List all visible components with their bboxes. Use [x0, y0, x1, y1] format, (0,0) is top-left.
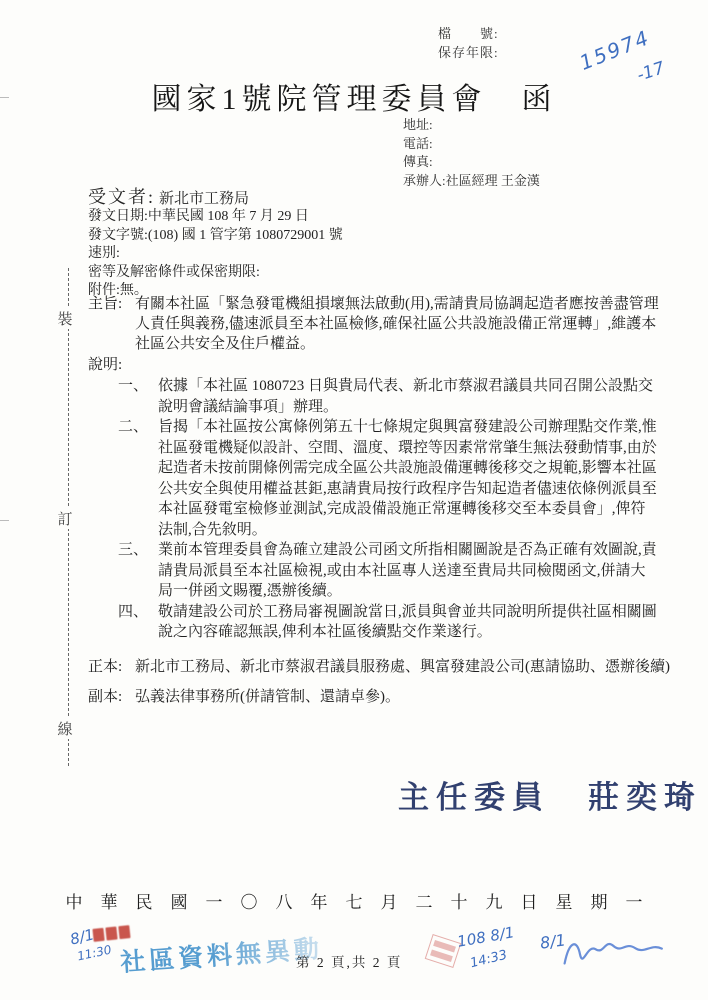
item-text: 業前本管理委員會為確立建設公司函文所指相關圖說是否為正確有效圖說,責請貴局派員至… [158, 540, 660, 602]
recipient-value: 新北市工務局 [159, 191, 249, 207]
explanation-item-1: 一、 依據「本社區 1080723 日與貴局代表、新北市蔡淑君議員共同召開公設點… [88, 376, 660, 417]
item-number: 二、 [118, 417, 158, 540]
contact-person-line: 承辦人:社區經理 王金漢 [403, 172, 540, 191]
explanation-item-2: 二、 旨揭「本社區按公寓條例第五十七條規定與興富發建設公司辦理點交作業,惟社區發… [88, 417, 660, 540]
fold-mark [0, 520, 9, 521]
handwritten-time-center: 14:33 [469, 948, 509, 972]
cc-copy-row: 副本: 弘義法律事務所(併請管制、還請卓參)。 [88, 687, 673, 708]
doc-number-line: 發文字號:(108) 國 1 管字第 1080729001 號 [88, 227, 343, 246]
handwritten-date-center: 108 8/1 [456, 923, 516, 951]
subject-text: 有關本社區「緊急發電機組損壞無法啟動(用),需請貴局協調起造者應按善盡管理人責任… [135, 294, 660, 354]
original-copy-label: 正本: [88, 657, 135, 678]
sender-info-block: 地址: 電話: 傳真: 承辦人:社區經理 王金漢 [403, 116, 540, 190]
explanation-label: 說明: [88, 355, 660, 376]
recipient-line: 受文者: 新北市工務局 [88, 183, 249, 209]
recipient-label: 受文者: [88, 187, 155, 207]
cc-copy-label: 副本: [88, 687, 135, 708]
binding-mark-ding: 訂 [50, 508, 80, 529]
item-text: 敬請建設公司於工務局審視圖說當日,派員與會並共同說明所提供社區相關圖說之內容確認… [158, 602, 660, 643]
file-number-block: 檔 號: 保存年限: [438, 24, 499, 62]
copies-block: 正本: 新北市工務局、新北市蔡淑君議員服務處、興富發建設公司(惠請協助、憑辦後續… [88, 657, 660, 708]
phone-label: 電話: [403, 135, 540, 154]
item-number: 四、 [118, 602, 158, 643]
cc-copy-text: 弘義法律事務所(併請管制、還請卓參)。 [135, 687, 673, 708]
red-seal-stamp-center [425, 934, 462, 968]
speed-line: 速別: [88, 245, 343, 264]
chairman-signature: 主任委員 莊奕琦 [398, 772, 702, 817]
explanation-item-4: 四、 敬請建設公司於工務局審視圖說當日,派員與會並共同說明所提供社區相關圖說之內… [88, 602, 660, 643]
document-meta-block: 發文日期:中華民國 108 年 7 月 29 日 發文字號:(108) 國 1 … [88, 208, 343, 301]
item-text: 旨揭「本社區按公寓條例第五十七條規定與興富發建設公司辦理點交作業,惟社區發電機疑… [158, 417, 660, 540]
binding-mark-zhuang: 裝 [50, 308, 80, 329]
file-no-label: 檔 號: [438, 24, 499, 43]
binding-mark-xian: 線 [50, 718, 80, 739]
handwritten-signature-scribble [561, 928, 668, 977]
letter-body: 主旨: 有關本社區「緊急發電機組損壞無法啟動(用),需請貴局協調起造者應按善盡管… [88, 294, 660, 717]
security-line: 密等及解密條件或保密期限: [88, 264, 343, 283]
subject-row: 主旨: 有關本社區「緊急發電機組損壞無法啟動(用),需請貴局協調起造者應按善盡管… [88, 294, 660, 354]
fax-label: 傳真: [403, 153, 540, 172]
official-letter-page: 檔 號: 保存年限: 15974 -17 國家1號院管理委員會 函 地址: 電話… [0, 0, 708, 1000]
item-number: 一、 [118, 376, 158, 417]
page-number-info: 第 2 頁,共 2 頁 [296, 951, 402, 971]
blue-ink-stamp: 社區資料無異動 [119, 929, 324, 979]
handwritten-date-left: 8/1 [68, 925, 96, 948]
issue-date-line: 發文日期:中華民國 108 年 7 月 29 日 [88, 208, 343, 227]
document-title: 國家1號院管理委員會 函 [0, 74, 708, 118]
original-copy-text: 新北市工務局、新北市蔡淑君議員服務處、興富發建設公司(惠請協助、憑辦後續) [135, 657, 673, 678]
item-text: 依據「本社區 1080723 日與貴局代表、新北市蔡淑君議員共同召開公設點交說明… [158, 376, 660, 417]
retention-label: 保存年限: [438, 43, 499, 62]
address-label: 地址: [403, 116, 540, 135]
item-number: 三、 [118, 540, 158, 602]
red-seal-stamp-left [91, 924, 131, 943]
explanation-item-3: 三、 業前本管理委員會為確立建設公司函文所指相關圖說是否為正確有效圖說,責請貴局… [88, 540, 660, 602]
original-copy-row: 正本: 新北市工務局、新北市蔡淑君議員服務處、興富發建設公司(惠請協助、憑辦後續… [88, 657, 673, 678]
full-date-line: 中華民國一〇八年七月二十九日星期一 [0, 888, 708, 913]
subject-label: 主旨: [88, 294, 135, 354]
